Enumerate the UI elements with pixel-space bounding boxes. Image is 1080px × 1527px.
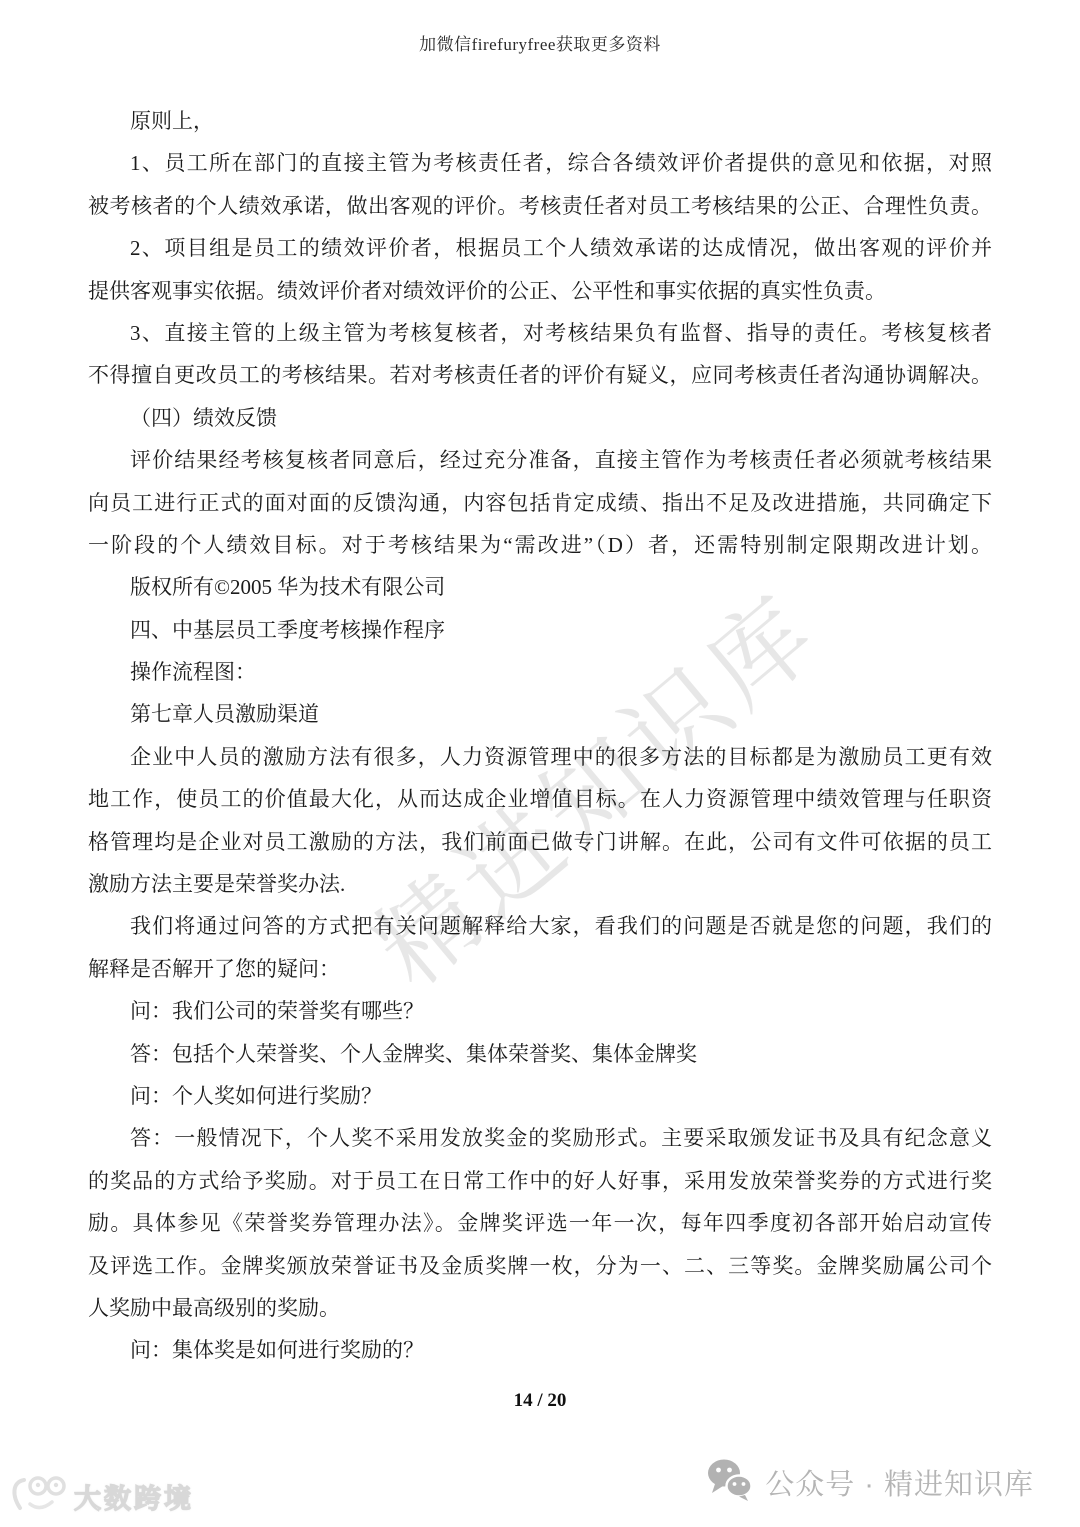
doc-line: 我们将通过问答的方式把有关问题解释给大家，看我们的问题是否就是您的问题，我们的 bbox=[88, 905, 992, 947]
doc-line: 问：我们公司的荣誉奖有哪些？ bbox=[88, 990, 992, 1032]
footer-wechat-group: 公众号 · 精进知识库 bbox=[707, 1458, 1034, 1507]
doc-line: 不得擅自更改员工的考核结果。若对考核责任者的评价有疑义，应同考核责任者沟通协调解… bbox=[88, 354, 992, 396]
doc-line: 激励方法主要是荣誉奖办法. bbox=[88, 863, 992, 905]
doc-line: 原则上， bbox=[88, 100, 992, 142]
doc-line: 3、直接主管的上级主管为考核复核者，对考核结果负有监督、指导的责任。考核复核者 bbox=[88, 312, 992, 354]
doc-line: 向员工进行正式的面对面的反馈沟通，内容包括肯定成绩、指出不足及改进措施，共同确定… bbox=[88, 482, 992, 524]
doc-line: 版权所有©2005 华为技术有限公司 bbox=[88, 566, 992, 608]
doc-line: 被考核者的个人绩效承诺，做出客观的评价。考核责任者对员工考核结果的公正、合理性负… bbox=[88, 185, 992, 227]
doc-line: 提供客观事实依据。绩效评价者对绩效评价的公正、公平性和事实依据的真实性负责。 bbox=[88, 270, 992, 312]
doc-line: 人奖励中最高级别的奖励。 bbox=[88, 1287, 992, 1329]
doc-line: （四）绩效反馈 bbox=[88, 397, 992, 439]
doc-line: 地工作，使员工的价值最大化，从而达成企业增值目标。在人力资源管理中绩效管理与任职… bbox=[88, 778, 992, 820]
dashu-logo-text: 大数跨境 bbox=[74, 1477, 194, 1516]
doc-line: 格管理均是企业对员工激励的方法，我们前面已做专门讲解。在此，公司有文件可依据的员… bbox=[88, 821, 992, 863]
doc-line: 的奖品的方式给予奖励。对于员工在日常工作中的好人好事，采用发放荣誉奖券的方式进行… bbox=[88, 1160, 992, 1202]
doc-line: 第七章人员激励渠道 bbox=[88, 693, 992, 735]
doc-line: 答：一般情况下，个人奖不采用发放奖金的奖励形式。主要采取颁发证书及具有纪念意义 bbox=[88, 1117, 992, 1159]
doc-line: 评价结果经考核复核者同意后，经过充分准备，直接主管作为考核责任者必须就考核结果 bbox=[88, 439, 992, 481]
page-number: 14 / 20 bbox=[0, 1390, 1080, 1412]
doc-line: 1、员工所在部门的直接主管为考核责任者，综合各绩效评价者提供的意见和依据，对照 bbox=[88, 142, 992, 184]
dashu-smiley-icon bbox=[6, 1472, 68, 1521]
doc-line: 答：包括个人荣誉奖、个人金牌奖、集体荣誉奖、集体金牌奖 bbox=[88, 1033, 992, 1075]
footer-left-logo: 大数跨境 bbox=[6, 1472, 194, 1521]
doc-line: 励。具体参见《荣誉奖券管理办法》。金牌奖评选一年一次，每年四季度初各部开始启动宣… bbox=[88, 1202, 992, 1244]
wechat-icon bbox=[707, 1458, 753, 1507]
wechat-account-label: 公众号 · 精进知识库 bbox=[765, 1462, 1034, 1503]
doc-line: 四、中基层员工季度考核操作程序 bbox=[88, 609, 992, 651]
doc-line: 解释是否解开了您的疑问： bbox=[88, 948, 992, 990]
doc-line: 及评选工作。金牌奖颁放荣誉证书及金质奖牌一枚，分为一、二、三等奖。金牌奖励属公司… bbox=[88, 1245, 992, 1287]
doc-line: 问：个人奖如何进行奖励？ bbox=[88, 1075, 992, 1117]
doc-line: 问：集体奖是如何进行奖励的？ bbox=[88, 1329, 992, 1371]
doc-line: 企业中人员的激励方法有很多，人力资源管理中的很多方法的目标都是为激励员工更有效 bbox=[88, 736, 992, 778]
doc-line: 2、项目组是员工的绩效评价者，根据员工个人绩效承诺的达成情况，做出客观的评价并 bbox=[88, 227, 992, 269]
doc-line: 操作流程图： bbox=[88, 651, 992, 693]
doc-line: 一阶段的个人绩效目标。对于考核结果为“需改进”（D）者，还需特别制定限期改进计划… bbox=[88, 524, 992, 566]
document-body: 原则上，1、员工所在部门的直接主管为考核责任者，综合各绩效评价者提供的意见和依据… bbox=[88, 100, 992, 1372]
header-promo-text: 加微信firefuryfree获取更多资料 bbox=[0, 30, 1080, 55]
